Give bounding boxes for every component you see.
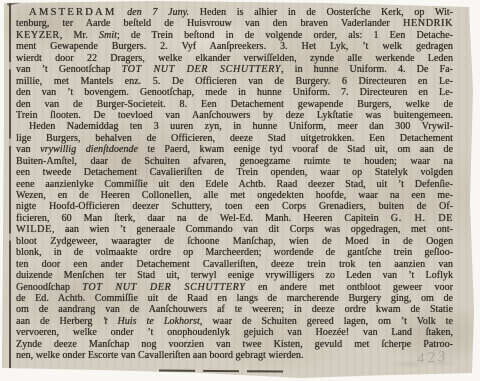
- text-line: om de aandrang van de Aanſchouwers af te…: [16, 304, 453, 315]
- text-line: ment Gewapende Burgers. 2. Vyf Aanſpreek…: [16, 41, 453, 52]
- text-line: nigte Hoofd-Officieren deezer Schuttery,…: [16, 201, 453, 212]
- pencil-annotation: 423: [416, 348, 449, 368]
- text-line: Wezen, en de Heeren Collonellen, alle me…: [16, 190, 453, 201]
- text-line: van ’t Genootſchap TOT NUT DER SCHUTTERY…: [16, 64, 453, 75]
- text-line: den van ’t bovengem. Genootſchap, mede i…: [16, 87, 453, 98]
- text-line: ten door een ander Detachement Cavalleri…: [16, 259, 453, 270]
- text-line: Heden Nademiddag ten 3 uuren zyn, in hun…: [16, 121, 453, 132]
- text-line: millie, met Mantels enz. 5. De Officiere…: [16, 76, 453, 87]
- text-line: duizende Menſchen ter Stad uit, terwyl e…: [16, 270, 453, 281]
- divider-line: [159, 369, 283, 372]
- text-line: vervoeren, welke onder ’t onophoudenlyk …: [16, 327, 453, 338]
- text-line: eene aanzienlyke Commiſſie uit den Edele…: [16, 179, 453, 190]
- text-line: Trein ſlooten. De toevloed van Aanſchouw…: [16, 110, 453, 121]
- text-line: ficieren, 60 Man ſterk, daar na de Wel-E…: [16, 213, 453, 224]
- text-line: Buiten-Amſtel, daar de Schuiten afvaren,…: [16, 156, 453, 167]
- scan-background: { "page": { "background_color": "#f8f7f3…: [0, 0, 480, 381]
- text-line: den van de Burger-Societeit. 8. Een Deta…: [16, 99, 453, 110]
- text-line: blonk, in de volmaakte ordre op Marcheer…: [16, 247, 453, 258]
- text-line: de Ed. Achtb. Commiſſie uit de Raad en l…: [16, 293, 453, 304]
- text-line: Zynde deeze Manſchap nog voorzien van tw…: [16, 339, 453, 350]
- text-line: tenburg, ter Aarde beſteld de Huisvrouw …: [16, 18, 453, 29]
- text-line: nen, welke onder Escorte van Cavalleriſt…: [16, 350, 453, 361]
- newspaper-clipping: AMSTERDAM den 7 Juny. Heden is alhier in…: [1, 1, 474, 379]
- text-line: aan de Herberg ’t Huis te Lokhorst, waar…: [16, 316, 453, 327]
- text-line: Genoodſchap TOT NUT DER SCHUTTERY en and…: [16, 282, 453, 293]
- text-line: een tweede Detachement Cavalieriſten de …: [16, 167, 453, 178]
- text-line: bloot Zydgeweer, waaragter de ſchoone Ma…: [16, 236, 453, 247]
- column-rule: [9, 4, 11, 368]
- article-text: AMSTERDAM den 7 Juny. Heden is alhier in…: [16, 7, 453, 362]
- text-line: lige Burgers, behalven de Officieren, de…: [16, 133, 453, 144]
- text-line: WILDE, aan wien ’t generaale Commando va…: [16, 224, 453, 235]
- text-line: van vrywillig dienſtdoende te Paerd, kwa…: [16, 144, 453, 155]
- text-line: KEYZER, Mr. Smit; de Trein beſtond in de…: [16, 30, 453, 41]
- text-line: wierdt door 22 Dragers, welke elkander v…: [16, 53, 453, 64]
- text-line: AMSTERDAM den 7 Juny. Heden is alhier in…: [16, 7, 453, 18]
